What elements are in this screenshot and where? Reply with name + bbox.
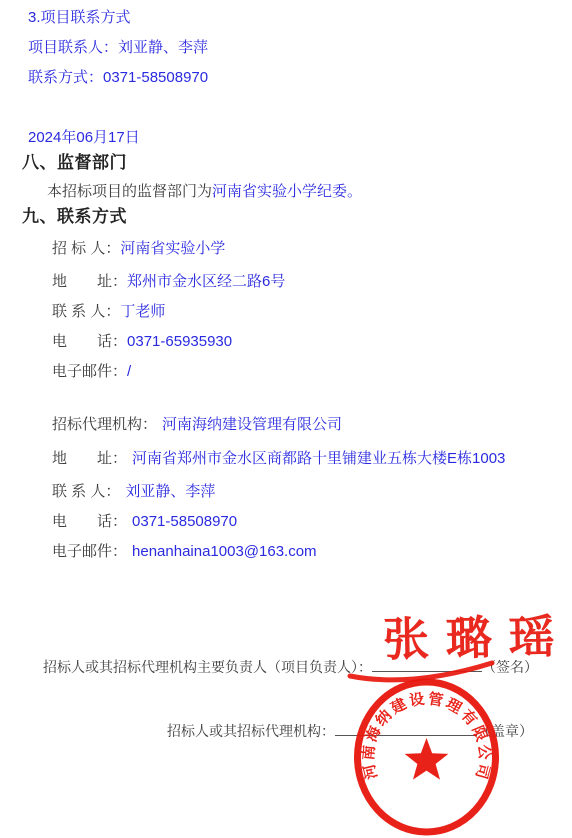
- row-value: 河南省郑州市金水区商都路十里铺建业五栋大楼E栋1003: [132, 450, 505, 467]
- agency-row: 电 话：0371-58508970: [52, 512, 237, 531]
- supervision-body-prefix: 本招标项目的监督部门为: [47, 183, 212, 200]
- row-value: 河南省实验小学: [120, 240, 225, 257]
- row-value: 丁老师: [120, 303, 165, 320]
- project-contact-heading: 3.项目联系方式: [28, 8, 131, 27]
- row-value: henanhaina1003@163.com: [132, 543, 317, 560]
- org-stamp-prefix: 招标人或其招标代理机构：: [167, 723, 335, 739]
- tenderer-row: 电 话：0371-65935930: [52, 332, 232, 351]
- row-label: 电 话：: [52, 332, 127, 351]
- agency-row: 地 址：河南省郑州市金水区商都路十里铺建业五栋大楼E栋1003: [52, 449, 505, 468]
- tenderer-row: 联 系 人：丁老师: [52, 302, 165, 321]
- row-value: 郑州市金水区经二路6号: [127, 273, 285, 290]
- supervision-body-highlight: 河南省实验小学纪委。: [212, 183, 362, 200]
- principal-sign-prefix: 招标人或其招标代理机构主要负责人（项目负责人）：: [43, 659, 372, 675]
- tenderer-row: 地 址：郑州市金水区经二路6号: [52, 272, 285, 291]
- row-value: /: [127, 363, 131, 380]
- company-seal: 河南海纳建设管理有限公司: [350, 676, 503, 838]
- supervision-body: 本招标项目的监督部门为河南省实验小学纪委。: [47, 182, 362, 201]
- row-label: 联 系 人：: [52, 302, 120, 321]
- row-label: 地 址：: [52, 272, 127, 291]
- agency-row: 联 系 人：刘亚静、李萍: [52, 482, 215, 501]
- row-label: 招 标 人：: [52, 239, 120, 258]
- agency-row: 电子邮件：henanhaina1003@163.com: [52, 542, 317, 561]
- seal-star-icon: [405, 738, 449, 780]
- section-heading-supervision: 八、监督部门: [22, 153, 127, 172]
- agency-row: 招标代理机构：河南海纳建设管理有限公司: [52, 415, 342, 434]
- announcement-date: 2024年06月17日: [28, 128, 140, 147]
- section-heading-contact: 九、联系方式: [22, 207, 127, 226]
- tenderer-row: 招 标 人：河南省实验小学: [52, 239, 225, 258]
- row-label: 电 话：: [52, 512, 127, 531]
- document-page: 3.项目联系方式 项目联系人：刘亚静、李萍 联系方式：0371-58508970…: [0, 0, 572, 838]
- row-label: 招标代理机构：: [52, 415, 157, 434]
- row-label: 电子邮件：: [52, 542, 127, 561]
- row-value: 0371-58508970: [132, 513, 237, 530]
- project-contact-phone: 联系方式：0371-58508970: [28, 68, 208, 87]
- project-contact-person: 项目联系人：刘亚静、李萍: [28, 38, 208, 57]
- tenderer-row: 电子邮件：/: [52, 362, 131, 381]
- row-label: 联 系 人：: [52, 482, 120, 501]
- row-label: 地 址：: [52, 449, 127, 468]
- row-value: 河南海纳建设管理有限公司: [162, 416, 342, 433]
- row-label: 电子邮件：: [52, 362, 127, 381]
- row-value: 刘亚静、李萍: [125, 483, 215, 500]
- row-value: 0371-65935930: [127, 333, 232, 350]
